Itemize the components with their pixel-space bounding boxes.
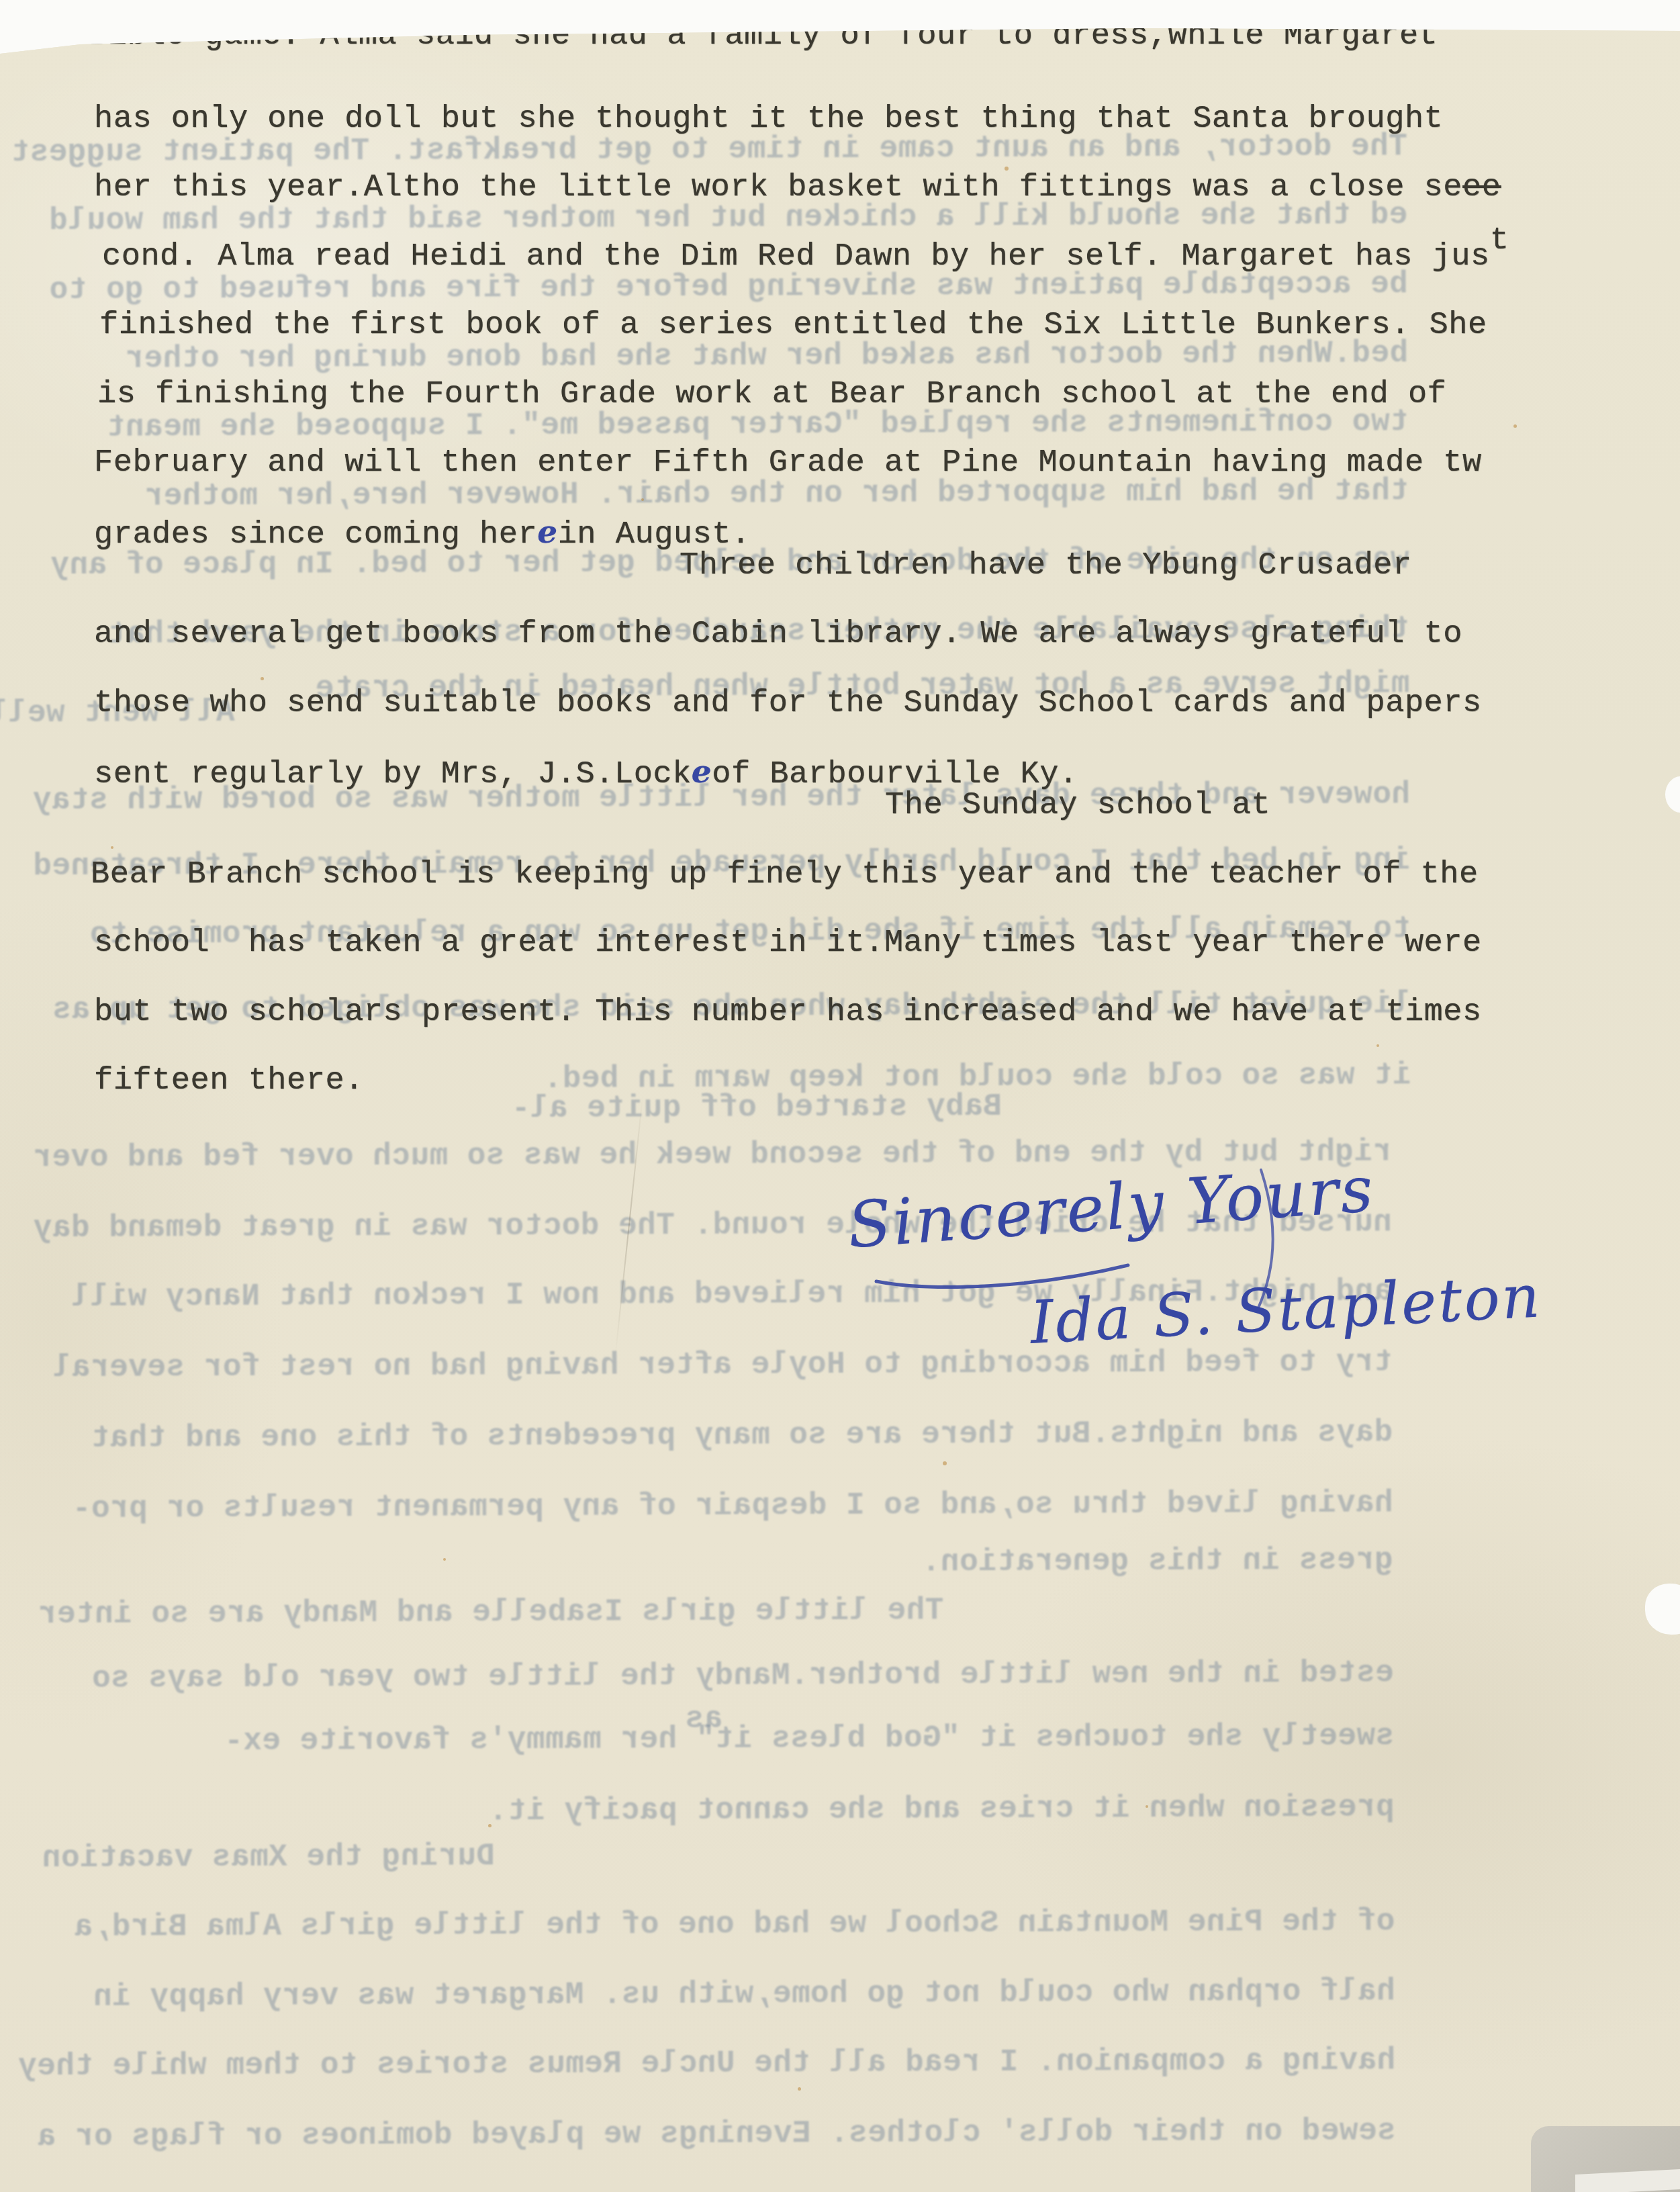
foxing-speck <box>1146 1805 1148 1808</box>
foxing-speck <box>443 1558 446 1561</box>
foxing-speck <box>111 846 113 849</box>
signature-block: Sincerely Yours Ida S. Stapleton <box>0 0 1680 2192</box>
foxing-speck <box>261 677 264 680</box>
letter-page: The doctor, and an aunt came in time to … <box>0 0 1680 2192</box>
foxing-speck <box>1005 167 1009 171</box>
signature-name: Ida S. Stapleton <box>1029 1261 1544 1357</box>
foxing-speck <box>1376 1044 1379 1047</box>
foxing-speck <box>943 1461 947 1465</box>
foxing-speck <box>1513 424 1517 428</box>
scanned-letter: { "colors":{ "scan_background":"#fbfbf9"… <box>0 0 1680 2192</box>
foxing-speck <box>641 498 644 501</box>
foxing-speck <box>488 1824 492 1827</box>
signature-underline-flourish <box>0 0 1680 2192</box>
signature-closing: Sincerely Yours <box>845 1153 1377 1263</box>
foxing-speck <box>798 2087 801 2091</box>
